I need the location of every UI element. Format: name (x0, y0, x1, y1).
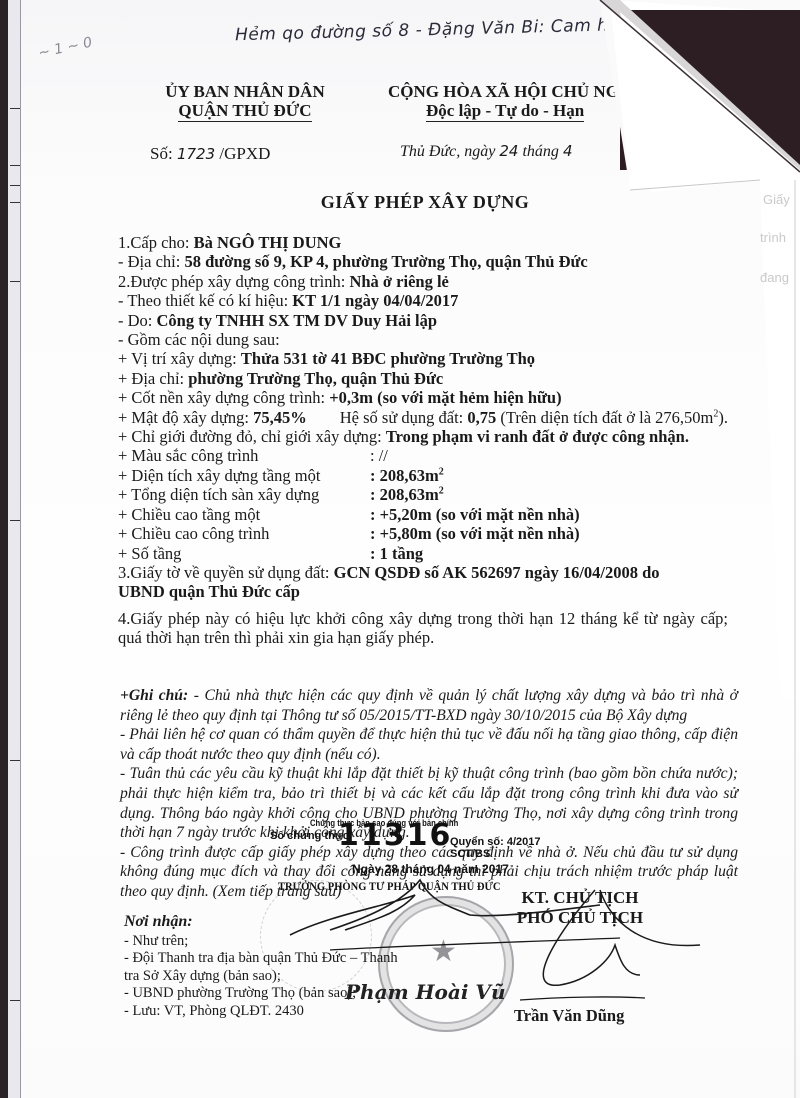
issuing-authority: ỦY BAN NHÂN DÂN QUẬN THỦ ĐỨC (150, 82, 340, 122)
construction-type-line: 2.Được phép xây dựng công trình: Nhà ở r… (118, 272, 728, 291)
recipient-item: - Đội Thanh tra địa bàn quận Thủ Đức – T… (124, 950, 398, 968)
recipients-list: - Như trên;- Đội Thanh tra địa bàn quận … (124, 933, 398, 1021)
validity-clause: 4.Giấy phép này có hiệu lực khởi công xâ… (118, 609, 728, 648)
authority-line-1: ỦY BAN NHÂN DÂN (150, 82, 340, 101)
recipient-item: - Như trên; (124, 933, 398, 951)
note-item: - Phải liên hệ cơ quan có thẩm quyền để … (120, 725, 738, 764)
reference-number: Số: 1723 /GPXD (150, 144, 270, 164)
ghost-text: đang (760, 270, 789, 285)
spec-row: + Màu sắc công trình: // (118, 446, 728, 465)
notes-section: +Ghi chú: - Chủ nhà thực hiện các quy đị… (120, 686, 738, 902)
recipient-item: - Lưu: VT, Phòng QLĐT. 2430 (124, 1003, 398, 1021)
includes-line: - Gồm các nội dung sau: (118, 330, 728, 349)
handwritten-note: Hẻm qo đường số 8 - Đặng Văn Bi: Cam hẻm (235, 15, 637, 46)
recipients-heading: Nơi nhận: (124, 913, 398, 931)
site-address-line: + Địa chỉ: phường Trường Thọ, quận Thủ Đ… (118, 369, 728, 388)
boundary-line: + Chỉ giới đường đỏ, chỉ giới xây dựng: … (118, 427, 728, 446)
recipients-section: Nơi nhận: - Như trên;- Đội Thanh tra địa… (124, 913, 398, 1021)
grantee-address-line: - Địa chỉ: 58 đường số 9, KP 4, phường T… (118, 252, 728, 271)
reference-number-value: 1723 (177, 145, 215, 163)
issue-month: 4 (563, 142, 573, 160)
grantee-line: 1.Cấp cho: Bà NGÔ THỊ DUNG (118, 233, 728, 252)
designer-line: - Do: Công ty TNHH SX TM DV Duy Hải lập (118, 311, 728, 330)
spec-row: + Chiều cao tầng một: +5,20m (so với mặt… (118, 505, 728, 524)
ghost-text: Giấy (763, 192, 790, 207)
recipient-item: tra Sở Xây dựng (bản sao); (124, 968, 398, 986)
spec-row: + Diện tích xây dựng tầng một: 208,63m2 (118, 466, 728, 485)
binding-ruler (8, 0, 21, 1098)
signer-name: Trần Văn Dũng (514, 1006, 624, 1026)
star-icon: ★ (430, 934, 457, 969)
permit-body: 1.Cấp cho: Bà NGÔ THỊ DUNG - Địa chỉ: 58… (118, 233, 728, 648)
document-title: GIẤY PHÉP XÂY DỰNG (0, 192, 800, 213)
signature-title: KT. CHỦ TỊCH PHÓ CHỦ TỊCH (500, 888, 660, 928)
spec-list: + Màu sắc công trình: //+ Diện tích xây … (118, 446, 728, 562)
note-item: - Tuân thủ các yêu cầu kỹ thuật khi lắp … (120, 764, 738, 842)
note-item: +Ghi chú: - Chủ nhà thực hiện các quy đị… (120, 686, 738, 725)
ghost-text: trình (760, 230, 786, 245)
issue-day: 24 (499, 142, 518, 160)
land-certificate-line: 3.Giấy tờ về quyền sử dụng đất: GCN QSDĐ… (118, 563, 728, 582)
land-certificate-line-2: UBND quận Thủ Đức cấp (118, 582, 728, 601)
foundation-line: + Cốt nền xây dựng công trình: +0,3m (so… (118, 388, 728, 407)
spec-row: + Tổng diện tích sàn xây dựng: 208,63m2 (118, 485, 728, 504)
handwritten-margin-mark: ~ 1 ~ 0 (37, 34, 94, 61)
spec-row: + Số tầng: 1 tầng (118, 544, 728, 563)
design-line: - Theo thiết kế có kí hiệu: KT 1/1 ngày … (118, 291, 728, 310)
binding-edge (0, 0, 8, 1098)
national-motto: CỘNG HÒA XÃ HỘI CHỦ NGH Độc lập - Tự do … (388, 82, 632, 122)
location-line: + Vị trí xây dựng: Thửa 531 tờ 41 BĐC ph… (118, 349, 728, 368)
official-red-seal: ★ (378, 896, 514, 1032)
folded-corner-shadow (620, 0, 800, 170)
authority-line-2: QUẬN THỦ ĐỨC (178, 101, 311, 122)
notes-label: +Ghi chú: (120, 687, 188, 704)
density-line: + Mật độ xây dựng: 75,45% Hệ số sử dụng … (118, 408, 728, 427)
motto-line-1: CỘNG HÒA XÃ HỘI CHỦ NGH (388, 82, 632, 101)
spec-row: + Chiều cao công trình: +5,80m (so với m… (118, 524, 728, 543)
recipient-item: - UBND phường Trường Thọ (bản sao); (124, 985, 398, 1003)
scanned-document-page: Hẻm qo đường số 8 - Đặng Văn Bi: Cam hẻm… (0, 0, 800, 1098)
issue-date: Thủ Đức, ngày 24 tháng 4 (400, 142, 572, 161)
motto-line-2: Độc lập - Tự do - Hạn (426, 101, 584, 122)
